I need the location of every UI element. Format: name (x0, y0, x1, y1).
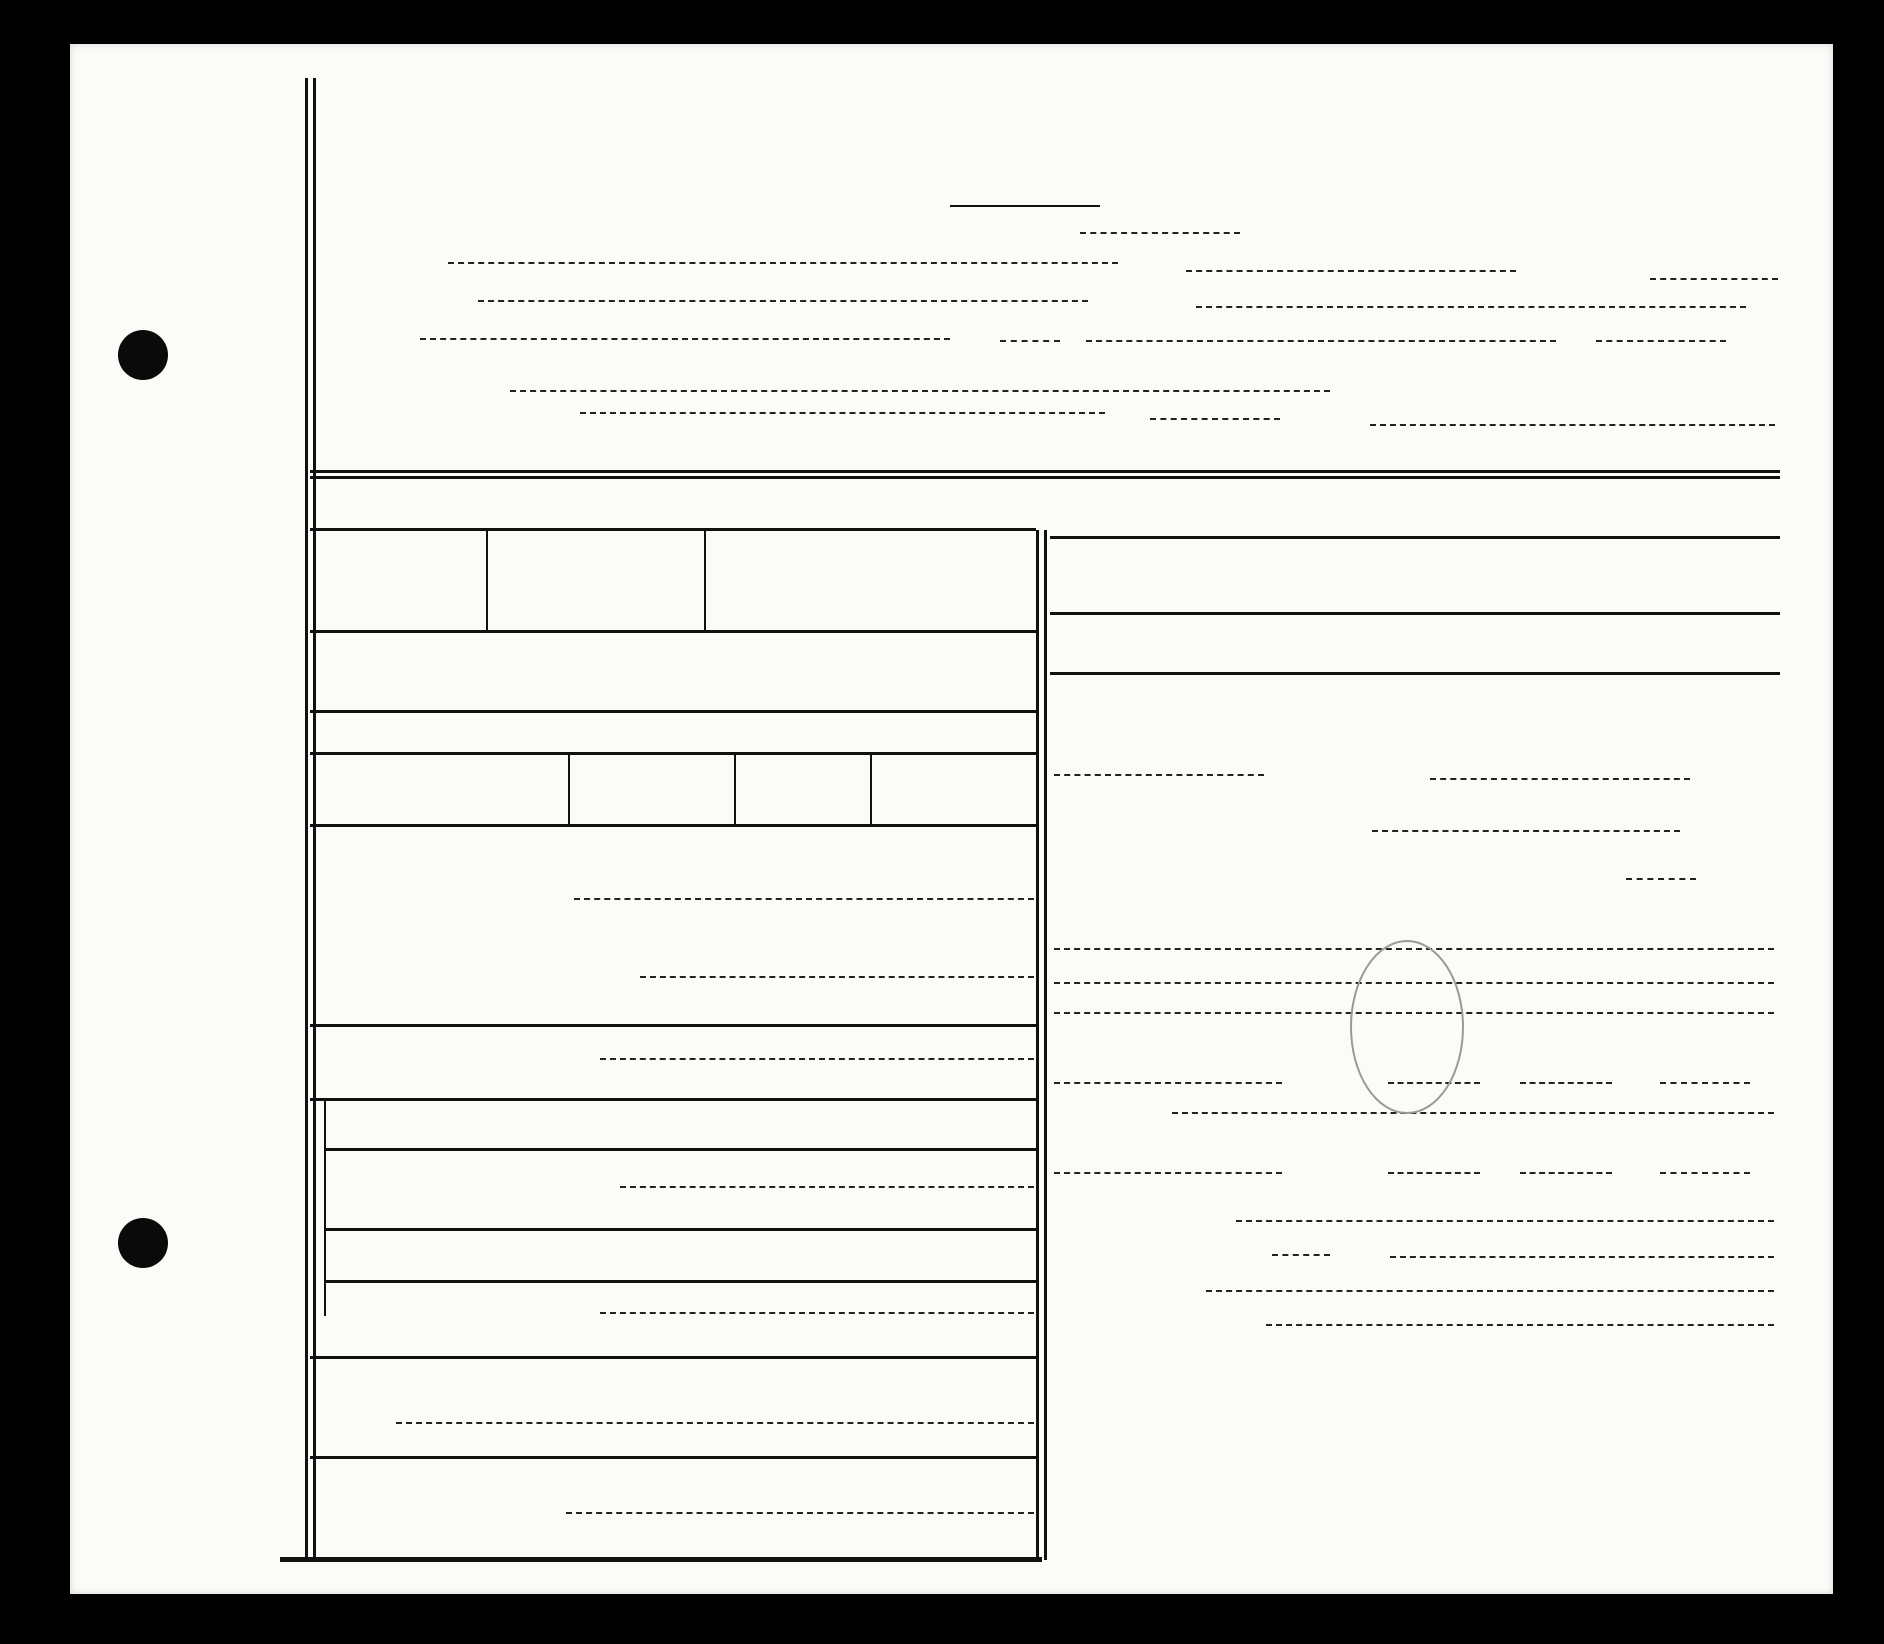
registrar-line (566, 1512, 1034, 1514)
full-name-line (510, 390, 1330, 392)
village-field[interactable] (1196, 306, 1746, 308)
form-bottom-border-left (280, 1557, 1042, 1562)
operation-date-field[interactable] (1390, 1256, 1774, 1258)
duration-months-field-2[interactable] (1520, 1172, 1612, 1174)
row-rule (326, 1228, 1036, 1231)
row-rule (310, 824, 1036, 827)
sex-race-divider (486, 530, 488, 630)
certificate-header (560, 0, 1470, 200)
row-rule (326, 1280, 1036, 1283)
parents-bracket (324, 1098, 326, 1316)
township-field[interactable] (478, 300, 1088, 302)
test-confirmed-line (1266, 1324, 1774, 1326)
street-number-field[interactable] (1000, 340, 1060, 342)
informant-line (396, 1422, 1034, 1424)
row-rule (310, 1456, 1036, 1459)
residence-ward-field[interactable] (1370, 424, 1775, 426)
city-line (420, 338, 950, 340)
race-marital-divider (704, 530, 706, 630)
row-rule (326, 1148, 1036, 1151)
section-divider (310, 470, 1780, 473)
autopsy-field[interactable] (1206, 1290, 1774, 1292)
medical-heading-rule (1050, 612, 1780, 615)
industry-line (640, 976, 1034, 978)
age-divider (568, 752, 570, 824)
primary-duration-line (1054, 1082, 1282, 1084)
death-time-line (1626, 878, 1696, 880)
age-divider (734, 752, 736, 824)
title-underline (950, 205, 1100, 207)
county-line (448, 262, 1118, 264)
duration-days-field-2[interactable] (1660, 1172, 1750, 1174)
age-divider (870, 752, 872, 824)
row-rule (1050, 672, 1780, 675)
attended-from-line (1054, 774, 1264, 776)
punch-hole-top (118, 330, 168, 380)
row-rule (310, 630, 1036, 633)
last-saw-line (1372, 830, 1680, 832)
registry-stamp (1350, 940, 1464, 1114)
row-rule (310, 710, 1036, 713)
residence-street-field[interactable] (1150, 418, 1280, 420)
state-line (1186, 270, 1516, 272)
secondary-duration-line (1054, 1172, 1282, 1174)
attended-to-line (1430, 778, 1690, 780)
row-rule (310, 752, 1036, 755)
medical-top-rule (1050, 536, 1780, 539)
column-divider (1036, 530, 1039, 1560)
duration-years-field-2[interactable] (1388, 1172, 1480, 1174)
duration-months-field[interactable] (1520, 1082, 1612, 1084)
contracted-field[interactable] (1236, 1220, 1774, 1222)
birthplace-city-field[interactable] (600, 1058, 1034, 1060)
street-field[interactable] (1086, 340, 1556, 342)
register-number-line (1650, 278, 1778, 280)
contributory-field[interactable] (1172, 1112, 1774, 1114)
trade-line (574, 898, 1034, 900)
mother-birthplace-city-field[interactable] (600, 1312, 1034, 1314)
row-rule (310, 1356, 1036, 1359)
father-birthplace-city-field[interactable] (620, 1186, 1034, 1188)
ward-field[interactable] (1596, 340, 1726, 342)
operation-field[interactable] (1272, 1254, 1330, 1256)
personal-heading-rule (310, 528, 1036, 531)
row-rule (310, 1024, 1036, 1027)
row-rule (310, 1098, 1036, 1101)
punch-hole-bottom (118, 1218, 168, 1268)
registration-district-field[interactable] (1080, 232, 1240, 234)
form-left-border (305, 78, 308, 1562)
residence-number-field[interactable] (580, 412, 1105, 414)
duration-days-field[interactable] (1660, 1082, 1750, 1084)
certificate-page (70, 44, 1833, 1594)
